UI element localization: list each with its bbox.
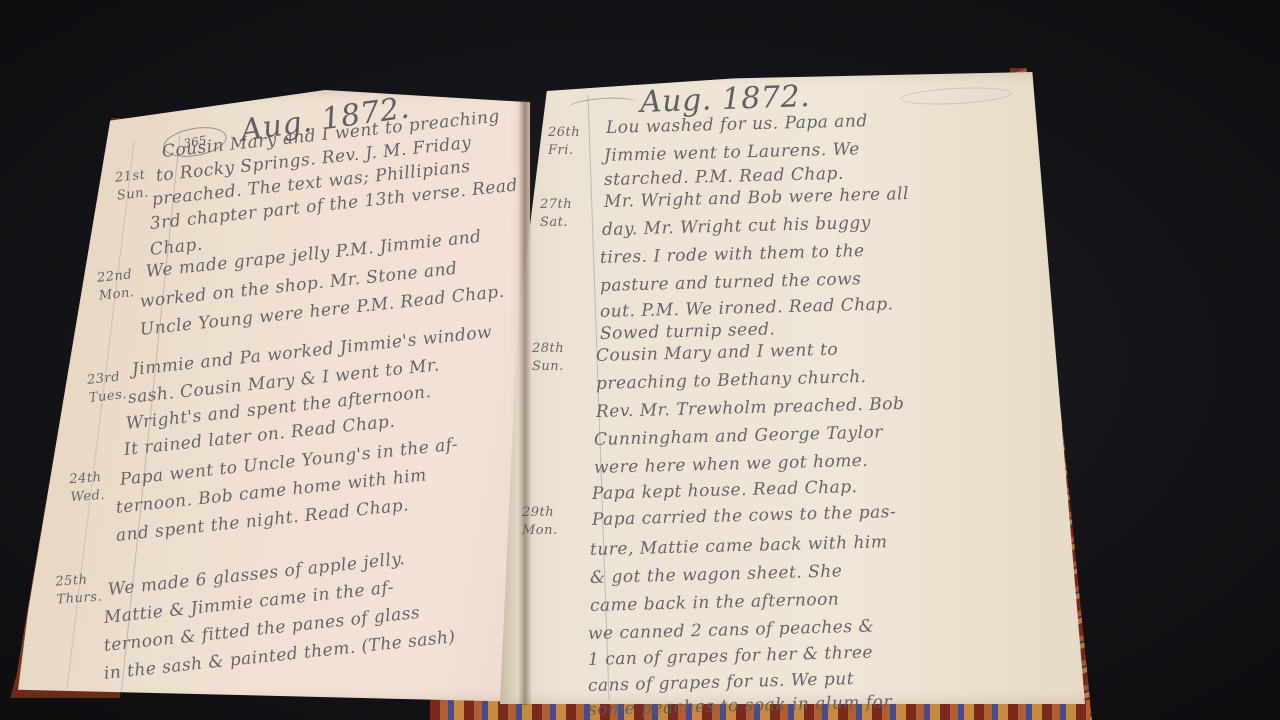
entry-date: 25th Thurs. [55, 570, 103, 609]
entry-date: 24th Wed. [69, 469, 106, 507]
entry-date: 27th Sat. [540, 196, 572, 232]
entry-date: 22nd Mon. [96, 266, 135, 306]
date-number: 27th [540, 196, 572, 214]
entry-date: 28th Sun. [532, 340, 564, 376]
entry-date: 21st Sun. [114, 166, 149, 205]
day-name: Sat. [540, 214, 572, 232]
entry-date: 26th Fri. [548, 124, 580, 160]
book-gutter [518, 100, 532, 705]
date-number: 26th [548, 124, 580, 142]
day-name: Thurs. [56, 588, 103, 609]
day-name: Wed. [70, 487, 106, 507]
day-name: Sun. [532, 358, 564, 376]
day-name: Mon. [522, 522, 558, 540]
date-number: 29th [522, 504, 558, 522]
day-name: Mon. [98, 284, 135, 306]
date-number: 28th [532, 340, 564, 358]
day-name: Fri. [548, 142, 580, 160]
entry-date: 29th Mon. [522, 504, 558, 540]
entry-date: 23rd Tues. [86, 368, 128, 408]
open-diary: 365 Aug. 1872. 21st Sun. Cousin Mary and… [0, 0, 1280, 720]
day-name: Sun. [116, 184, 150, 205]
